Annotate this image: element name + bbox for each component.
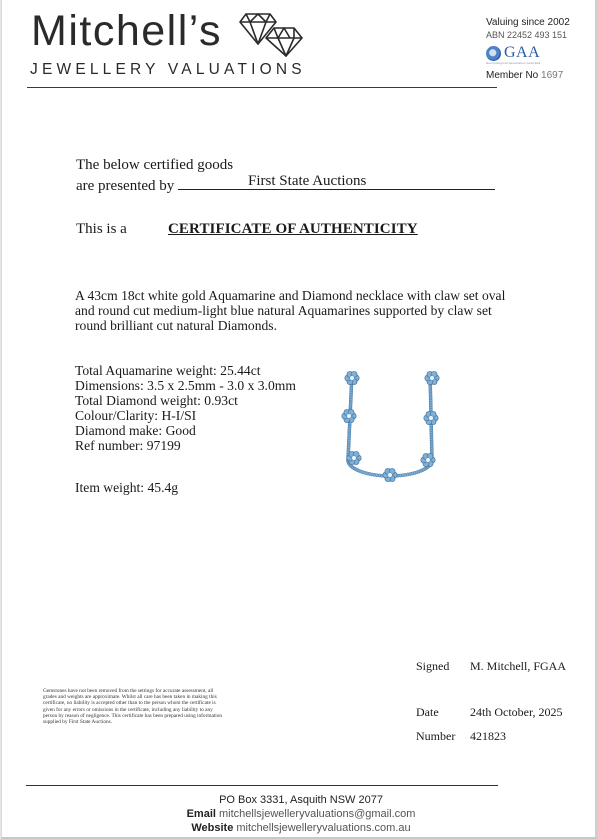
website-label: Website (191, 822, 233, 834)
certificate-title: CERTIFICATE OF AUTHENTICITY (168, 221, 418, 238)
presenter-field: First State Auctions (178, 174, 495, 190)
spec-aquamarine-weight: Total Aquamarine weight: 25.44ct (75, 363, 296, 378)
member-number: Member No 1697 (486, 71, 570, 81)
presented-by-label: are presented by (76, 178, 174, 194)
signed-label: Signed (416, 659, 449, 674)
gaa-name: GAA (504, 45, 540, 61)
brand-tagline: JEWELLERY VALUATIONS (30, 62, 306, 78)
footer-website: Website mitchellsjewelleryvaluations.com… (2, 821, 598, 835)
valuing-since: Valuing since 2002 (486, 18, 570, 28)
footer-email: Email mitchellsjewelleryvaluations@gmail… (2, 807, 598, 821)
certificate-page: Mitchell’s JEWELLERY VALUATIONS Valuing … (1, 0, 598, 839)
signed-value: M. Mitchell, FGAA (470, 659, 566, 674)
intro-line-1: The below certified goods (76, 157, 495, 174)
item-description: A 43cm 18ct white gold Aquamarine and Di… (75, 288, 515, 333)
disclaimer: Gemstones have not been removed from the… (43, 688, 223, 725)
item-specs: Total Aquamarine weight: 25.44ct Dimensi… (75, 363, 296, 453)
email-link[interactable]: mitchellsjewelleryvaluations@gmail.com (219, 808, 415, 820)
globe-icon (486, 46, 501, 61)
date-label: Date (416, 705, 439, 720)
number-label: Number (416, 729, 455, 744)
diamond-pair-icon (238, 12, 304, 58)
member-value: 1697 (541, 70, 563, 81)
spec-dimensions: Dimensions: 3.5 x 2.5mm - 3.0 x 3.0mm (75, 378, 296, 393)
gaa-tagline: Gemmological Association Australia (486, 62, 570, 65)
spec-ref-number: Ref number: 97199 (75, 438, 296, 453)
spec-diamond-weight: Total Diamond weight: 0.93ct (75, 393, 296, 408)
spec-colour-clarity: Colour/Clarity: H-I/SI (75, 408, 296, 423)
date-value: 24th October, 2025 (470, 705, 563, 720)
intro-line-2: are presented by First State Auctions (76, 174, 495, 195)
member-label: Member No (486, 70, 538, 81)
footer: PO Box 3331, Asquith NSW 2077 Email mitc… (2, 793, 598, 835)
intro-text: The below certified goods are presented … (76, 157, 495, 195)
footer-address: PO Box 3331, Asquith NSW 2077 (2, 793, 598, 807)
item-weight: Item weight: 45.4g (75, 480, 178, 496)
email-label: Email (187, 808, 216, 820)
presenter-name: First State Auctions (248, 174, 366, 189)
gaa-logo: GAA (486, 45, 570, 61)
footer-divider (26, 785, 498, 786)
credentials-block: Valuing since 2002 ABN 22452 493 151 GAA… (486, 18, 570, 81)
abn: ABN 22452 493 151 (486, 31, 570, 40)
website-link[interactable]: mitchellsjewelleryvaluations.com.au (236, 822, 410, 834)
number-value: 421823 (470, 729, 506, 744)
header-divider (27, 87, 497, 88)
brand-name: Mitchell’s (31, 10, 222, 53)
spec-diamond-make: Diamond make: Good (75, 423, 296, 438)
certificate-prefix: This is a (76, 221, 127, 238)
necklace-photo (332, 368, 456, 488)
